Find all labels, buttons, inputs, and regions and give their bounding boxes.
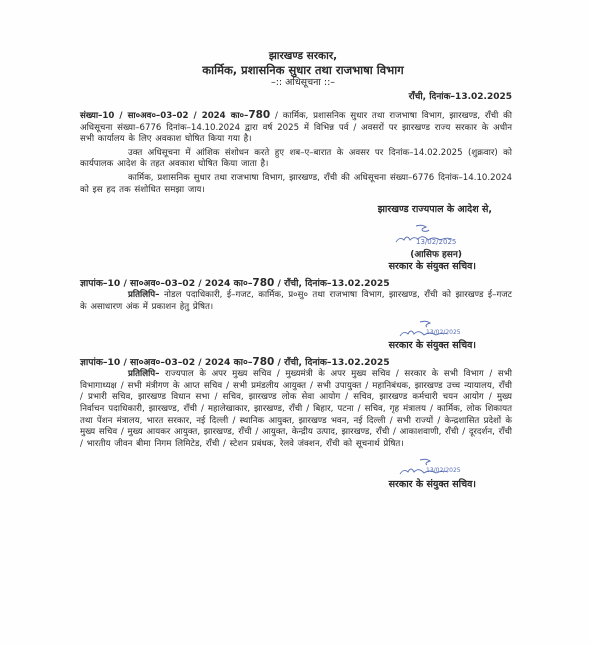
handwritten-signature: 13/02/2025 [386, 320, 476, 336]
notification-document: झारखण्ड सरकार, कार्मिक, प्रशासनिक सुधार … [80, 50, 512, 491]
copy-1-paragraph: प्रतिलिपि– नोडल पदाधिकारी, ई–गजट, कार्मि… [80, 290, 512, 313]
memo-reference-prefix: ज्ञापांक–10 / सा०अव०–03–02 / 2024 का०– [80, 278, 252, 289]
signatory-name: (आसिफ हसन) [80, 250, 484, 261]
notification-paragraph-3: कार्मिक, प्रशासनिक सुधार तथा राजभाषा विभ… [80, 173, 512, 196]
notification-number: 780 [248, 109, 270, 121]
signature-date: 13/02/2025 [426, 329, 461, 336]
copy-label: प्रतिलिपि– [128, 290, 159, 300]
signature-date: 13/02/2025 [416, 238, 456, 246]
signature-block-2: 13/02/2025 सरकार के संयुक्त सचिव। [80, 320, 512, 353]
memo-reference-suffix: / राँची, दिनांक–13.02.2025 [274, 278, 389, 289]
signatory-title: सरकार के संयुक्त सचिव। [80, 261, 484, 273]
handwritten-signature: 13/02/2025 [386, 222, 476, 246]
notification-number-prefix: संख्या–10 / सा०अव०–03–02 / 2024 का०– [80, 111, 248, 121]
document-page: झारखण्ड सरकार, कार्मिक, प्रशासनिक सुधार … [0, 0, 591, 645]
department-name: कार्मिक, प्रशासनिक सुधार तथा राजभाषा विभ… [94, 63, 512, 77]
notification-paragraph-1: संख्या–10 / सा०अव०–03–02 / 2024 का०–780 … [80, 110, 512, 146]
signature-date: 13/02/2025 [426, 467, 461, 474]
signatory-title: सरकार के संयुक्त सचिव। [80, 340, 484, 352]
memo-reference-2: ज्ञापांक–10 / सा०अव०–03–02 / 2024 का०–78… [80, 356, 512, 369]
copy-label: प्रतिलिपि– [128, 369, 159, 379]
signature-block-1: 13/02/2025 (आसिफ हसन) सरकार के संयुक्त स… [80, 222, 512, 274]
governor-order-line: झारखण्ड राज्यपाल के आदेश से, [80, 204, 512, 216]
handwritten-signature: 13/02/2025 [386, 458, 476, 474]
copy-2-paragraph: प्रतिलिपि– राज्यपाल के अपर मुख्य सचिव / … [80, 369, 512, 450]
memo-reference-suffix: / राँची, दिनांक–13.02.2025 [274, 357, 389, 368]
copy-2-text: राज्यपाल के अपर मुख्य सचिव / मुख्यमंत्री… [80, 369, 512, 449]
document-type: –:: अधिसूचना ::– [94, 77, 512, 89]
memo-reference-number: 780 [252, 356, 274, 368]
notification-paragraph-2: उक्त अधिसूचना में आंशिक संशोधन करते हुए … [80, 148, 512, 171]
memo-reference-number: 780 [252, 277, 274, 289]
place-date: राँची, दिनांक–13.02.2025 [80, 91, 512, 104]
memo-reference-1: ज्ञापांक–10 / सा०अव०–03–02 / 2024 का०–78… [80, 277, 512, 290]
signatory-title: सरकार के संयुक्त सचिव। [80, 479, 484, 491]
signature-block-3: 13/02/2025 सरकार के संयुक्त सचिव। [80, 458, 512, 491]
government-name: झारखण्ड सरकार, [94, 50, 512, 63]
memo-reference-prefix: ज्ञापांक–10 / सा०अव०–03–02 / 2024 का०– [80, 357, 252, 368]
